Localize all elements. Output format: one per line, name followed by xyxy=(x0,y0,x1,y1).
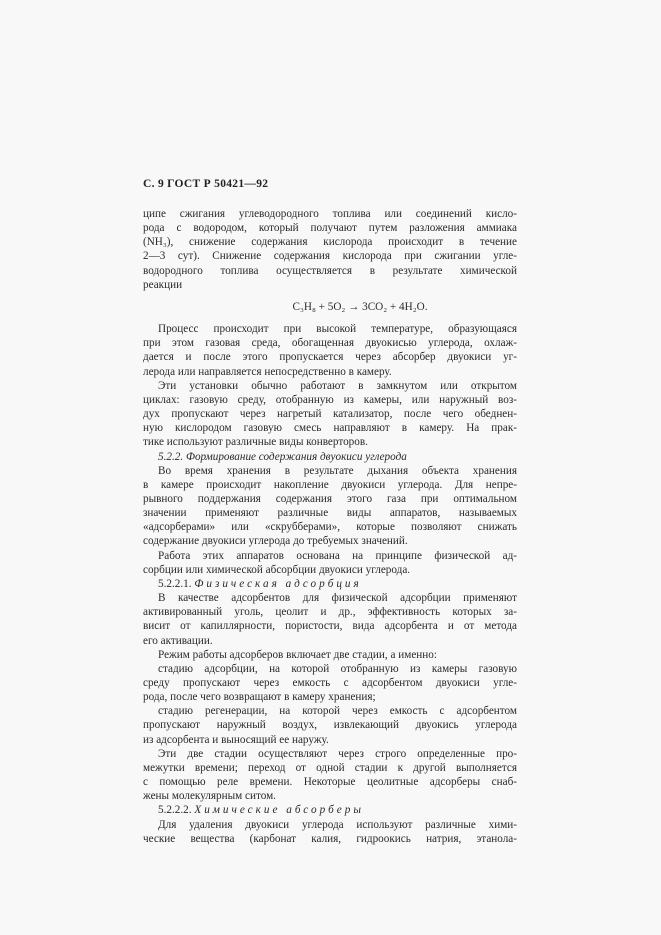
text-line: ципе сжигания углеводородного топлива ил… xyxy=(143,207,517,221)
text-line: среду пропускают через емкость с адсорбе… xyxy=(143,676,517,690)
text-line: тике используют различные виды конвертор… xyxy=(143,435,517,449)
text-line: рода с водородом, который получают путем… xyxy=(143,221,517,235)
text-line: 2—3 сут). Снижение содержания кислорода … xyxy=(143,249,517,263)
text-line: рода, после чего возвращают в камеру хра… xyxy=(143,690,517,704)
text-line: ческие вещества (карбонат калия, гидроок… xyxy=(143,832,517,846)
text-line: дух пропускают через нагретый катализато… xyxy=(143,407,517,421)
text-line: лерода или направляется непосредственно … xyxy=(143,365,517,379)
text-line: водородного топлива осуществляется в рез… xyxy=(143,264,517,278)
text-line: его активации. xyxy=(143,634,517,648)
section-heading-5-2-2: 5.2.2. Формирование содержания двуокиси … xyxy=(143,450,517,464)
text-line: стадию адсорбции, на которой отобранную … xyxy=(143,662,517,676)
text-line: сорбции или химической абсорбции двуокис… xyxy=(143,563,517,577)
paragraph: Эти установки обычно работают в замкнуто… xyxy=(143,379,517,450)
text-line: «адсорберами» или «скрубберами», которые… xyxy=(143,520,517,534)
text-line: (NH₃), снижение содержания кислорода про… xyxy=(143,235,517,249)
text-line: дается и после этого пропускается через … xyxy=(143,350,517,364)
text-line: активированный уголь, цеолит и др., эффе… xyxy=(143,605,517,619)
paragraph: Эти две стадии осуществляют через строго… xyxy=(143,747,517,804)
text-line: содержание двуокиси углерода до требуемы… xyxy=(143,534,517,548)
text-line: Для удаления двуокиси углерода использую… xyxy=(143,818,517,832)
text-line: Режим работы адсорберов включает две ста… xyxy=(143,648,517,662)
text-line: висит от капиллярности, пористости, вида… xyxy=(143,619,517,633)
text-line: Эти две стадии осуществляют через строго… xyxy=(143,747,517,761)
text-line: с помощью реле времени. Некоторые цеолит… xyxy=(143,775,517,789)
text-line: стадию регенерации, на которой через емк… xyxy=(143,704,517,718)
page-header: С. 9 ГОСТ Р 50421—92 xyxy=(143,178,268,190)
section-heading-5-2-2-2: 5.2.2.2. Химические абсорберы xyxy=(143,803,517,817)
text-line: В качестве адсорбентов для физической ад… xyxy=(143,591,517,605)
text-line: в камере происходит накопление двуокиси … xyxy=(143,478,517,492)
text-line: межутки времени; переход от одной стадии… xyxy=(143,761,517,775)
text-line: циклах: газовую среду, отобранную из кам… xyxy=(143,393,517,407)
text-line: при этом газовая среда, обогащенная двуо… xyxy=(143,336,517,350)
text-line: Процесс происходит при высокой температу… xyxy=(143,322,517,336)
paragraph-continued: ципе сжигания углеводородного топлива ил… xyxy=(143,207,517,292)
text-line: Во время хранения в результате дыхания о… xyxy=(143,464,517,478)
text-line: значении применяют различные виды аппара… xyxy=(143,506,517,520)
paragraph: Для удаления двуокиси углерода использую… xyxy=(143,818,517,846)
paragraph: Во время хранения в результате дыхания о… xyxy=(143,464,517,549)
text-line: ную кислородом газовую смесь направляют … xyxy=(143,421,517,435)
paragraph: Режим работы адсорберов включает две ста… xyxy=(143,648,517,662)
text-line: жены молекулярным ситом. xyxy=(143,789,517,803)
paragraph: В качестве адсорбентов для физической ад… xyxy=(143,591,517,648)
text-line: из адсорбента и выносящий ее наружу. xyxy=(143,733,517,747)
text-line: реакции xyxy=(143,278,517,292)
section-heading-5-2-2-1: 5.2.2.1. Физическая адсорбция xyxy=(143,577,517,591)
paragraph: Работа этих аппаратов основана на принци… xyxy=(143,549,517,577)
chemical-formula: C₃H₈ + 5O₂ → 3CO₂ + 4H₂O. xyxy=(143,300,517,314)
paragraph: стадию адсорбции, на которой отобранную … xyxy=(143,662,517,704)
text-line: Работа этих аппаратов основана на принци… xyxy=(143,549,517,563)
paragraph: Процесс происходит при высокой температу… xyxy=(143,322,517,379)
paragraph: стадию регенерации, на которой через емк… xyxy=(143,704,517,746)
text-line: рывного поддержания содержания этого газ… xyxy=(143,492,517,506)
document-body: ципе сжигания углеводородного топлива ил… xyxy=(143,207,517,846)
text-line: пропускают наружный воздух, извлекающий … xyxy=(143,718,517,732)
text-line: Эти установки обычно работают в замкнуто… xyxy=(143,379,517,393)
